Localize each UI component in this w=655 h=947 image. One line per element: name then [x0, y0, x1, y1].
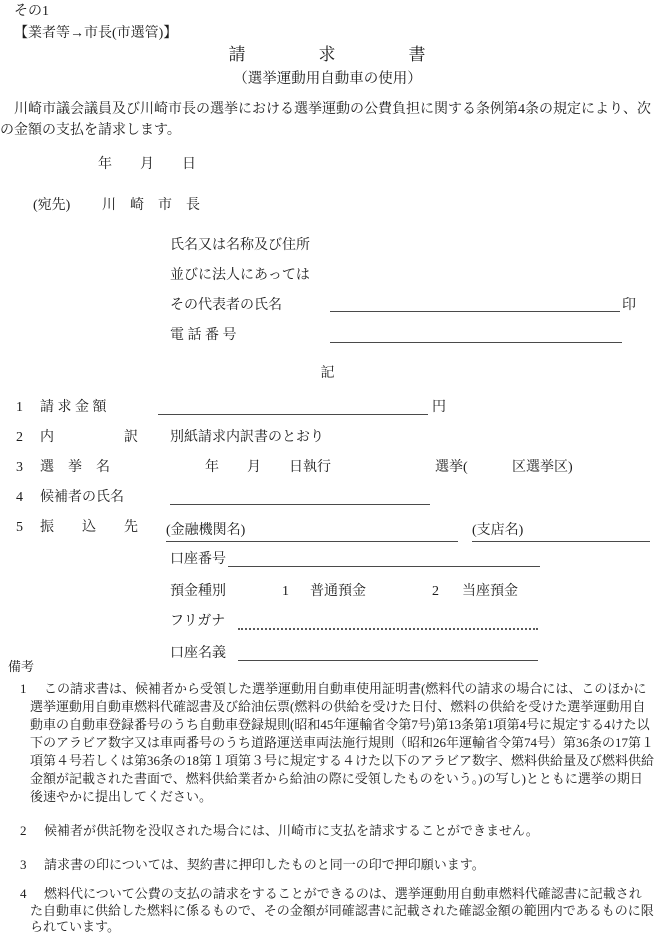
addressee-prefix: (宛先) — [33, 197, 70, 215]
furigana-dotted-fill-line — [238, 628, 538, 630]
deposit-type-label: 預金種別 — [170, 583, 226, 601]
note2-number: 2 — [20, 822, 27, 840]
note-item-1: 1 この請求書は、候補者から受領した選挙運動用自動車使用証明書(燃料代の請求の場… — [8, 680, 654, 806]
item2-number: 2 — [16, 429, 23, 447]
note1-text: この請求書は、候補者から受領した選挙運動用自動車使用証明書(燃料代の請求の場合に… — [30, 680, 654, 806]
furigana-label: フリガナ — [170, 613, 225, 631]
item5-number: 5 — [16, 519, 23, 537]
claimant-name-label-line1: 氏名又は名称及び住所 — [170, 237, 310, 255]
addressee-name: 川 崎 市 長 — [102, 197, 200, 215]
representative-name-fill-line — [330, 311, 620, 312]
amount-unit: 円 — [432, 399, 446, 417]
note3-number: 3 — [20, 856, 27, 874]
branch-name-field: (支店名) — [472, 519, 650, 542]
document-subtitle: （選挙運動用自動車の使用） — [0, 70, 655, 88]
bank-name-field: (金融機関名) — [166, 519, 458, 542]
notes-heading: 備考 — [8, 658, 654, 676]
deposit-option2-number: 2 — [432, 583, 439, 601]
candidate-name-fill-line — [170, 504, 430, 505]
item2-label: 内 訳 — [40, 429, 138, 447]
seal-mark: 印 — [622, 297, 636, 315]
deposit-option1-number: 1 — [282, 583, 289, 601]
note4-number: 4 — [20, 886, 27, 903]
note4-text: 燃料代について公費の支払の請求をすることができるのは、選挙運動用自動車燃料代確認… — [30, 886, 654, 936]
claimant-name-label-line3: その代表者の氏名 — [170, 297, 282, 315]
phone-number-fill-line — [330, 342, 622, 343]
item4-number: 4 — [16, 489, 23, 507]
part-label: その1 — [14, 3, 49, 21]
claimant-name-label-line2: 並びに法人にあっては — [170, 267, 310, 285]
note-item-4: 4 燃料代について公費の支払の請求をすることができるのは、選挙運動用自動車燃料代… — [8, 886, 654, 936]
election-date-blank: 年 月 日執行 — [205, 459, 331, 477]
deposit-option2-label: 当座預金 — [462, 583, 518, 601]
breakdown-value: 別紙請求内訳書のとおり — [170, 429, 324, 447]
account-number-fill-line — [228, 566, 540, 567]
deposit-option1-label: 普通預金 — [310, 583, 366, 601]
phone-number-label: 電 話 番 号 — [170, 327, 237, 345]
date-blank-line: 年 月 日 — [98, 156, 196, 174]
note2-text: 候補者が供託物を没収された場合には、川崎市に支払を請求することができません。 — [30, 822, 654, 840]
election-name-prefix: 選挙( — [435, 459, 468, 477]
amount-fill-line — [158, 414, 428, 415]
election-district-suffix: 区選挙区) — [512, 459, 573, 477]
note-item-3: 3 請求書の印については、契約書に押印したものと同一の印で押印願います。 — [8, 856, 654, 874]
claim-form-document: その1 【業者等→市長(市選管)】 請 求 書 （選挙運動用自動車の使用） 川崎… — [0, 0, 655, 947]
item3-label: 選 挙 名 — [40, 459, 110, 477]
item5-label: 振 込 先 — [40, 519, 138, 537]
item1-label: 請 求 金 額 — [40, 399, 107, 417]
item4-label: 候補者の氏名 — [40, 489, 124, 507]
item3-number: 3 — [16, 459, 23, 477]
document-title: 請 求 書 — [0, 44, 655, 65]
note-item-2: 2 候補者が供託物を没収された場合には、川崎市に支払を請求することができません。 — [8, 822, 654, 840]
notes-section: 備考 1 この請求書は、候補者から受領した選挙運動用自動車使用証明書(燃料代の請… — [8, 658, 654, 936]
account-number-label: 口座番号 — [170, 551, 226, 569]
item1-number: 1 — [16, 399, 23, 417]
route-label: 【業者等→市長(市選管)】 — [14, 25, 177, 43]
note1-number: 1 — [20, 680, 27, 698]
ki-heading: 記 — [0, 365, 655, 383]
intro-paragraph: 川崎市議会議員及び川崎市長の選挙における選挙運動の公費負担に関する条例第4条の規… — [0, 99, 655, 141]
note3-text: 請求書の印については、契約書に押印したものと同一の印で押印願います。 — [30, 856, 654, 874]
